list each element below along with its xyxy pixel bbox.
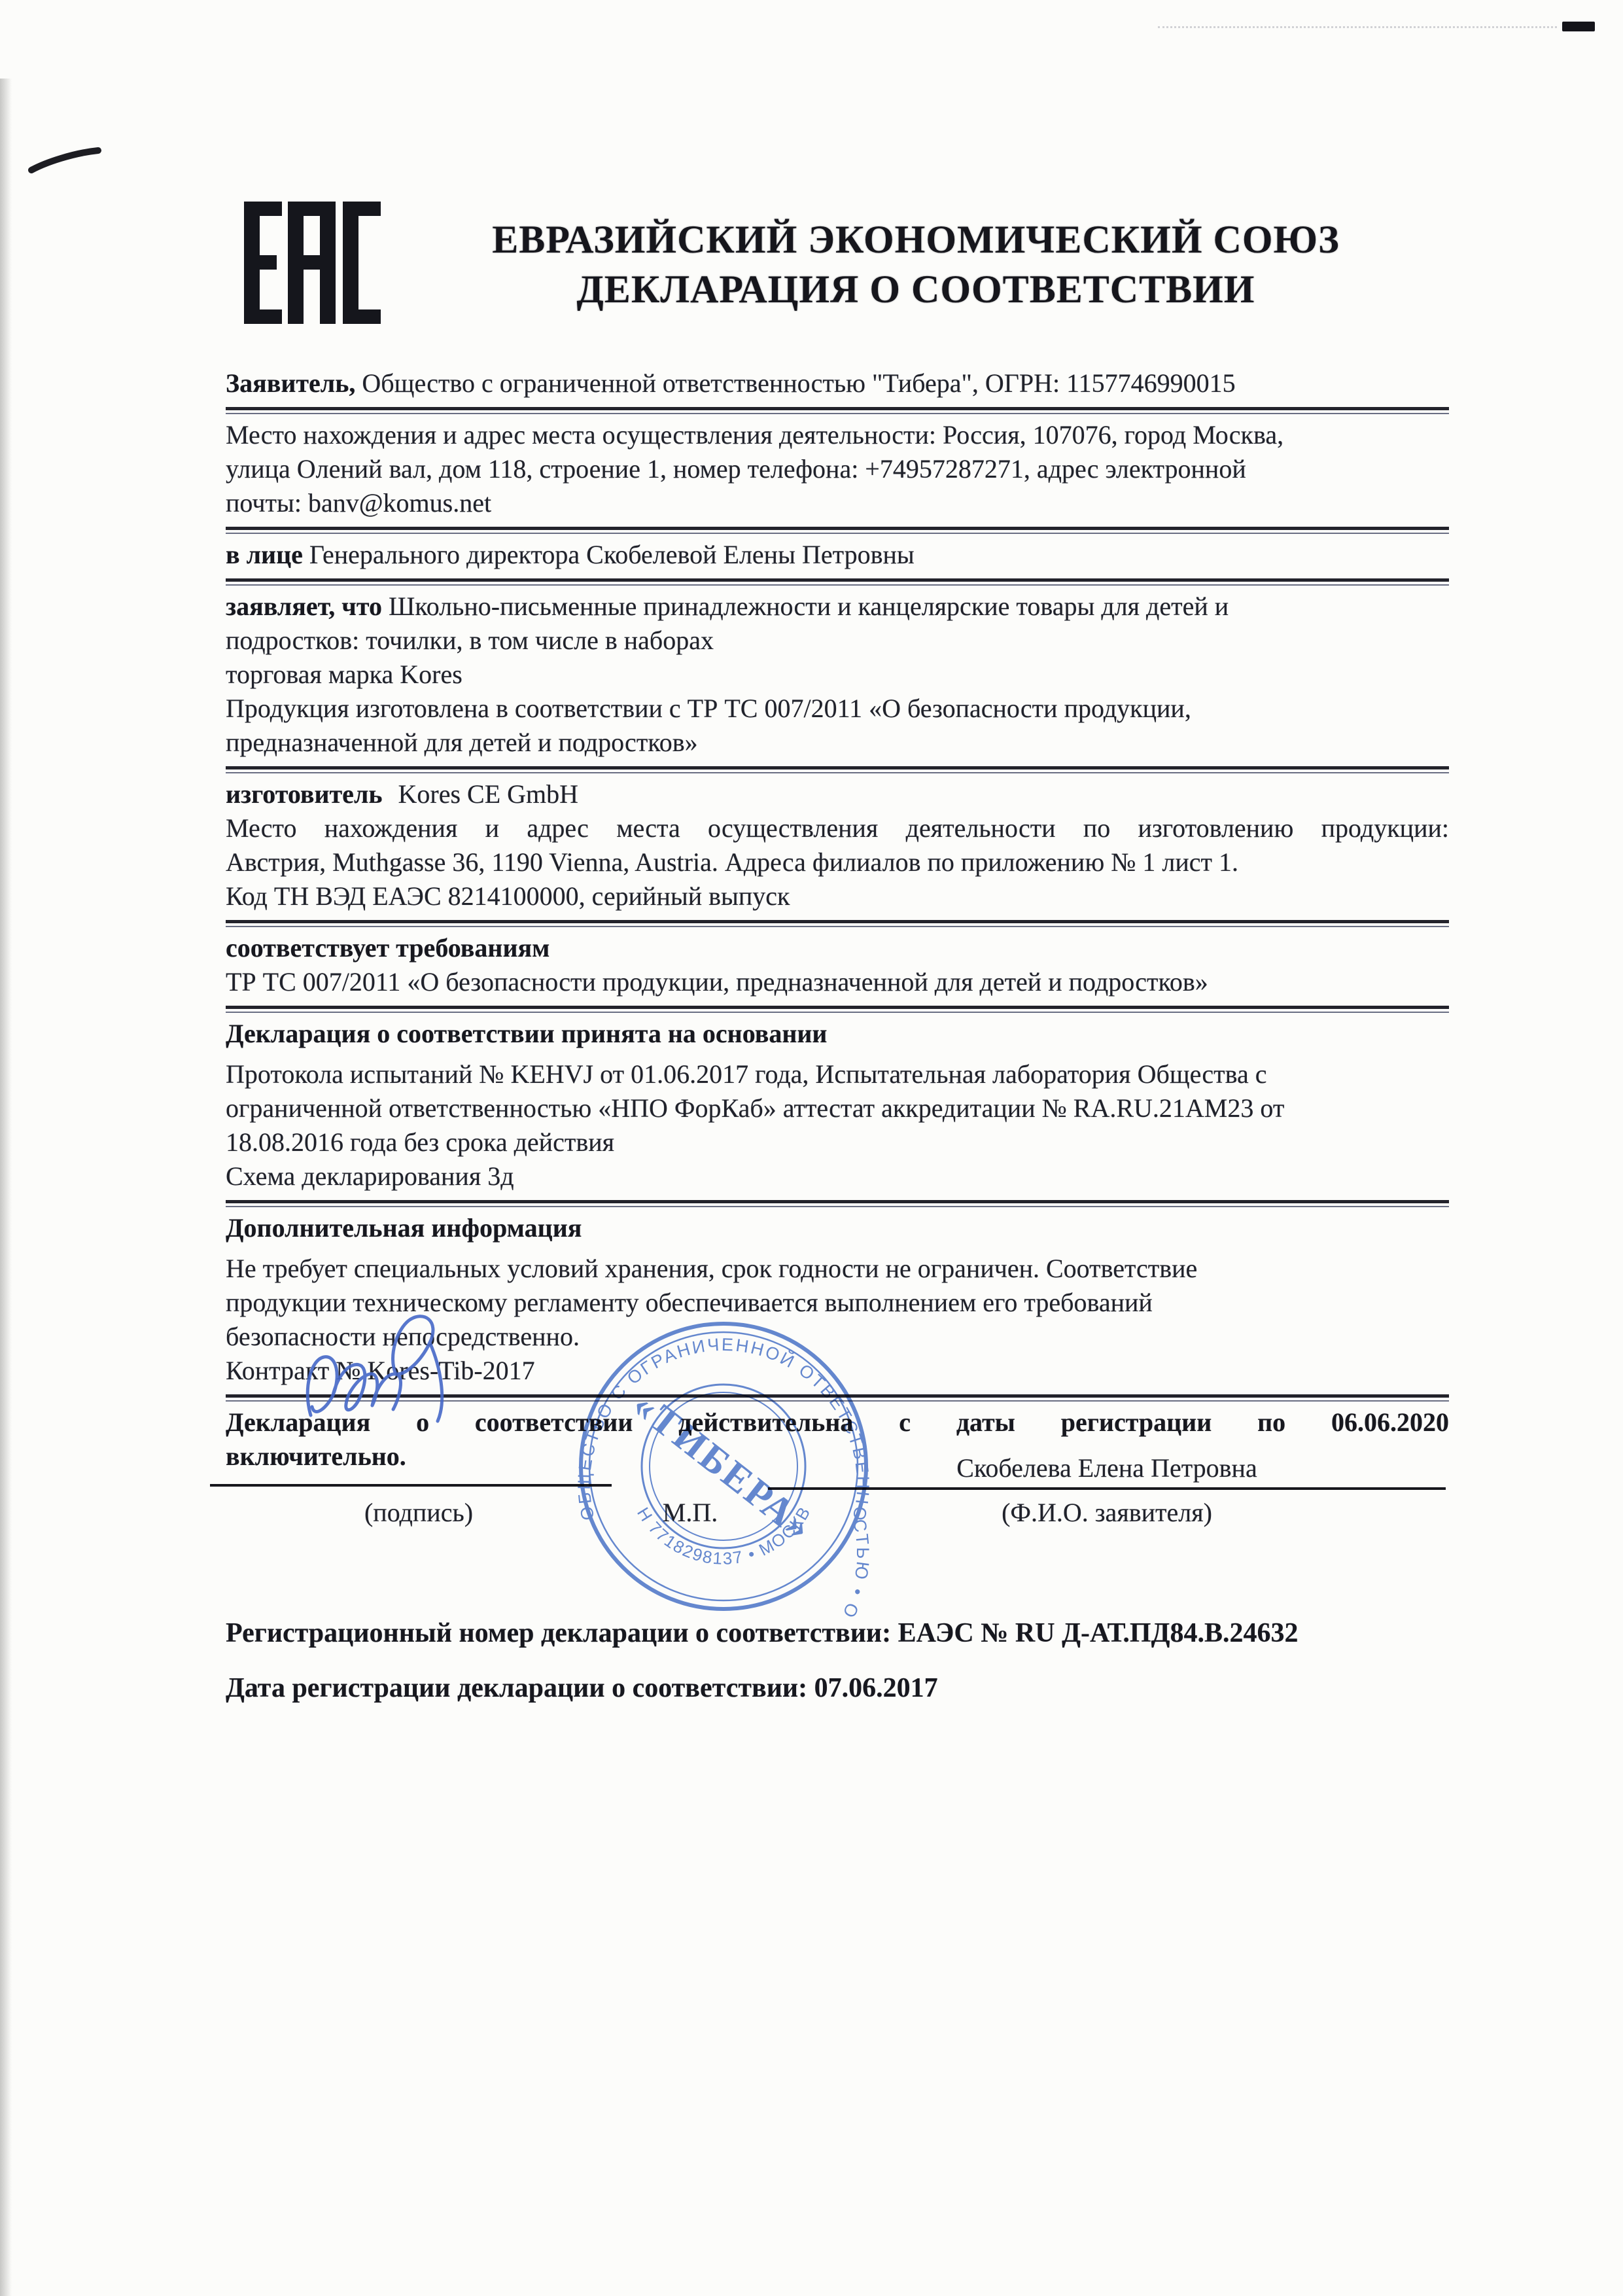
subject-line: Продукция изготовлена в соответствии с Т…	[226, 692, 1449, 726]
section-rule	[226, 1005, 1449, 1014]
declares-line: заявляет, что Школьно-письменные принадл…	[226, 590, 1449, 624]
subject-line: торговая марка Kores	[226, 658, 1449, 692]
address-line: почты: banv@komus.net	[226, 486, 1449, 520]
applicant-label: Заявитель,	[226, 368, 355, 398]
declares-value: Школьно-письменные принадлежности и канц…	[389, 592, 1229, 621]
title-line-1: ЕВРАЗИЙСКИЙ ЭКОНОМИЧЕСКИЙ СОЮЗ	[458, 215, 1374, 264]
requirements-heading: соответствует требованиям	[226, 933, 550, 963]
pen-mark-icon	[27, 143, 106, 175]
company-round-stamp: ОБЩЕСТВО С ОГРАНИЧЕННОЙ ОТВЕТСТВЕННОСТЬЮ…	[573, 1316, 874, 1617]
signature-caption: (подпись)	[226, 1496, 612, 1530]
additional-info-line: Не требует специальных условий хранения,…	[226, 1252, 1449, 1286]
eac-logo-label: ЕАС	[0, 0, 1, 1]
representative-value: Генерального директора Скобелевой Елены …	[309, 540, 915, 569]
document-title: ЕВРАЗИЙСКИЙ ЭКОНОМИЧЕСКИЙ СОЮЗ ДЕКЛАРАЦИ…	[458, 215, 1374, 314]
basis-line: 18.08.2016 года без срока действия	[226, 1125, 1449, 1159]
manufacturer-name: Kores CE GmbH	[398, 779, 579, 809]
representative-line: в лице Генерального директора Скобелевой…	[226, 538, 1449, 572]
tnved-code-line: Код ТН ВЭД ЕАЭС 8214100000, серийный вып…	[226, 879, 1449, 913]
validity-line-2: включительно.	[226, 1441, 406, 1471]
title-line-2: ДЕКЛАРАЦИЯ О СООТВЕТСТВИИ	[458, 264, 1374, 314]
basis-line: Протокола испытаний № KEHVJ от 01.06.201…	[226, 1057, 1449, 1091]
section-rule	[226, 766, 1449, 774]
declaration-subject: заявляет, что Школьно-письменные принадл…	[226, 590, 1449, 760]
representative-label: в лице	[226, 540, 303, 569]
declares-label: заявляет, что	[226, 592, 382, 621]
manufacturer-address-line: Место нахождения и адрес места осуществл…	[226, 811, 1449, 845]
scan-artifact-dotted-line	[1158, 26, 1557, 28]
requirements-section: соответствует требованиям ТР ТС 007/2011…	[226, 931, 1449, 999]
applicant-value: Общество с ограниченной ответственностью…	[362, 368, 1235, 398]
scanner-edge-shadow	[0, 79, 12, 2296]
additional-info-heading: Дополнительная информация	[226, 1213, 582, 1243]
subject-line: предназначенной для детей и подростков»	[226, 726, 1449, 760]
basis-section: Декларация о соответствии принята на осн…	[226, 1017, 1449, 1193]
section-rule	[226, 406, 1449, 415]
address-line: улица Олений вал, дом 118, строение 1, н…	[226, 452, 1449, 486]
address-line: Место нахождения и адрес места осуществл…	[226, 418, 1449, 452]
manufacturer-address-line: Австрия, Muthgasse 36, 1190 Vienna, Aust…	[226, 845, 1449, 879]
scan-artifact-dash	[1562, 22, 1595, 31]
section-rule	[226, 526, 1449, 535]
manufacturer-line: изготовитель Kores CE GmbH	[226, 777, 1449, 811]
signature-line	[210, 1484, 612, 1487]
registration-number-line: Регистрационный номер декларации о соотв…	[226, 1616, 1449, 1650]
section-rule	[226, 1199, 1449, 1208]
applicant-address: Место нахождения и адрес места осуществл…	[226, 418, 1449, 520]
basis-heading: Декларация о соответствии принята на осн…	[226, 1019, 827, 1048]
applicant-line: Заявитель, Общество с ограниченной ответ…	[226, 366, 1449, 400]
handwritten-signature	[298, 1307, 474, 1435]
registration-date-line: Дата регистрации декларации о соответств…	[226, 1671, 1449, 1705]
manufacturer-section: изготовитель Kores CE GmbH Место нахожде…	[226, 777, 1449, 913]
scheme-line: Схема декларирования 3д	[226, 1159, 1449, 1193]
basis-line: ограниченной ответственностью «НПО ФорКа…	[226, 1091, 1449, 1125]
manufacturer-label: изготовитель	[226, 779, 383, 809]
scanned-declaration-page: ЕАС ЕВРАЗИЙСКИЙ ЭКОНОМИЧЕСКИЙ СОЮЗ ДЕКЛА…	[0, 0, 1623, 2296]
registration-block: Регистрационный номер декларации о соотв…	[226, 1616, 1449, 1705]
eac-logo-icon	[244, 202, 381, 324]
section-rule	[226, 919, 1449, 928]
section-rule	[226, 578, 1449, 586]
requirements-text: ТР ТС 007/2011 «О безопасности продукции…	[226, 965, 1449, 999]
subject-line: подростков: точилки, в том числе в набор…	[226, 624, 1449, 658]
